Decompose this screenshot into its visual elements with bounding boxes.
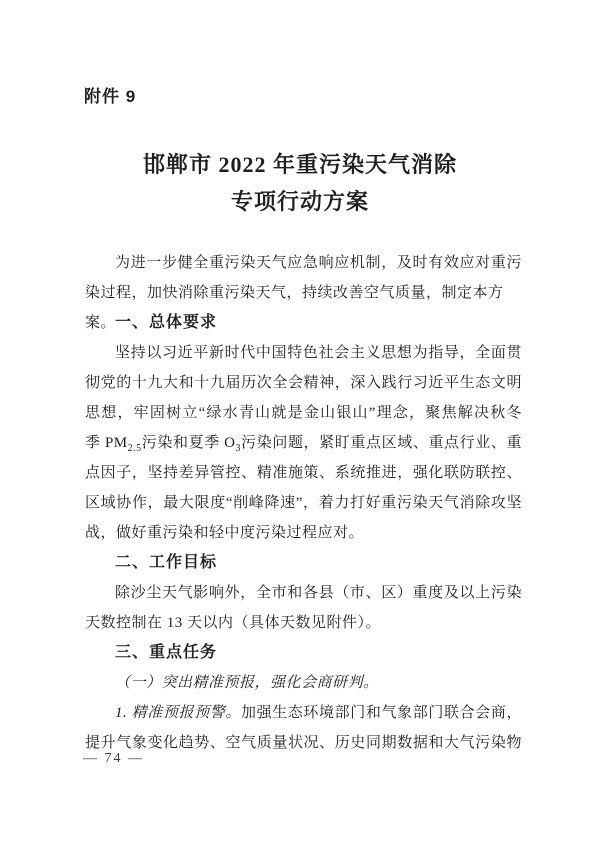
document-title-line2: 专项行动方案 [0,183,600,220]
text-line: 思想，牢固树立“绿水青山就是金山银山”理念，聚焦解决秋冬 [85,398,522,428]
text-line: 点因子，坚持差异管控、精准施策、系统推进，强化联防联控、 [85,458,522,488]
text-line: 为进一步健全重污染天气应急响应机制，及时有效应对重污 [85,248,522,278]
paragraph-lead: 1. 精准预报预警。 [115,705,241,721]
section-heading: 一、总体要求 [85,308,522,338]
page-number: — 74 — [83,750,144,768]
text-line: 彻党的十九大和十九届历次全会精神，深入践行习近平生态文明 [85,368,522,398]
section-heading: 三、重点任务 [85,638,522,668]
text-line: 季 PM2.5污染和夏季 O3污染问题，紧盯重点区域、重点行业、重 [85,428,522,458]
document-title-line1: 邯郸市 2022 年重污染天气消除 [0,146,600,183]
text-line: 提升气象变化趋势、空气质量状况、历史同期数据和大气污染物 [85,728,522,758]
text-line: 区域协作，最大限度“削峰降速”，着力打好重污染天气消除攻坚 [85,488,522,518]
text-line: 1. 精准预报预警。加强生态环境部门和气象部门联合会商， [85,698,522,728]
text-line: 除沙尘天气影响外，全市和各县（市、区）重度及以上污染 [85,578,522,608]
attachment-label: 附件 9 [84,86,136,107]
document-body: 为进一步健全重污染天气应急响应机制，及时有效应对重污染过程，加快消除重污染天气，… [85,248,522,758]
text-line: 战，做好重污染和轻中度污染过程应对。 [85,518,522,548]
document-title: 邯郸市 2022 年重污染天气消除 专项行动方案 [0,146,600,220]
text-line: 染过程，加快消除重污染天气，持续改善空气质量，制定本方案。 [85,278,522,308]
text-line: 天数控制在 13 天以内（具体天数见附件）。 [85,608,522,638]
sub-heading: （一）突出精准预报，强化会商研判。 [85,668,522,698]
document-page: 附件 9 邯郸市 2022 年重污染天气消除 专项行动方案 为进一步健全重污染天… [0,0,600,848]
section-heading: 二、工作目标 [85,548,522,578]
text-line: 坚持以习近平新时代中国特色社会主义思想为指导，全面贯 [85,338,522,368]
